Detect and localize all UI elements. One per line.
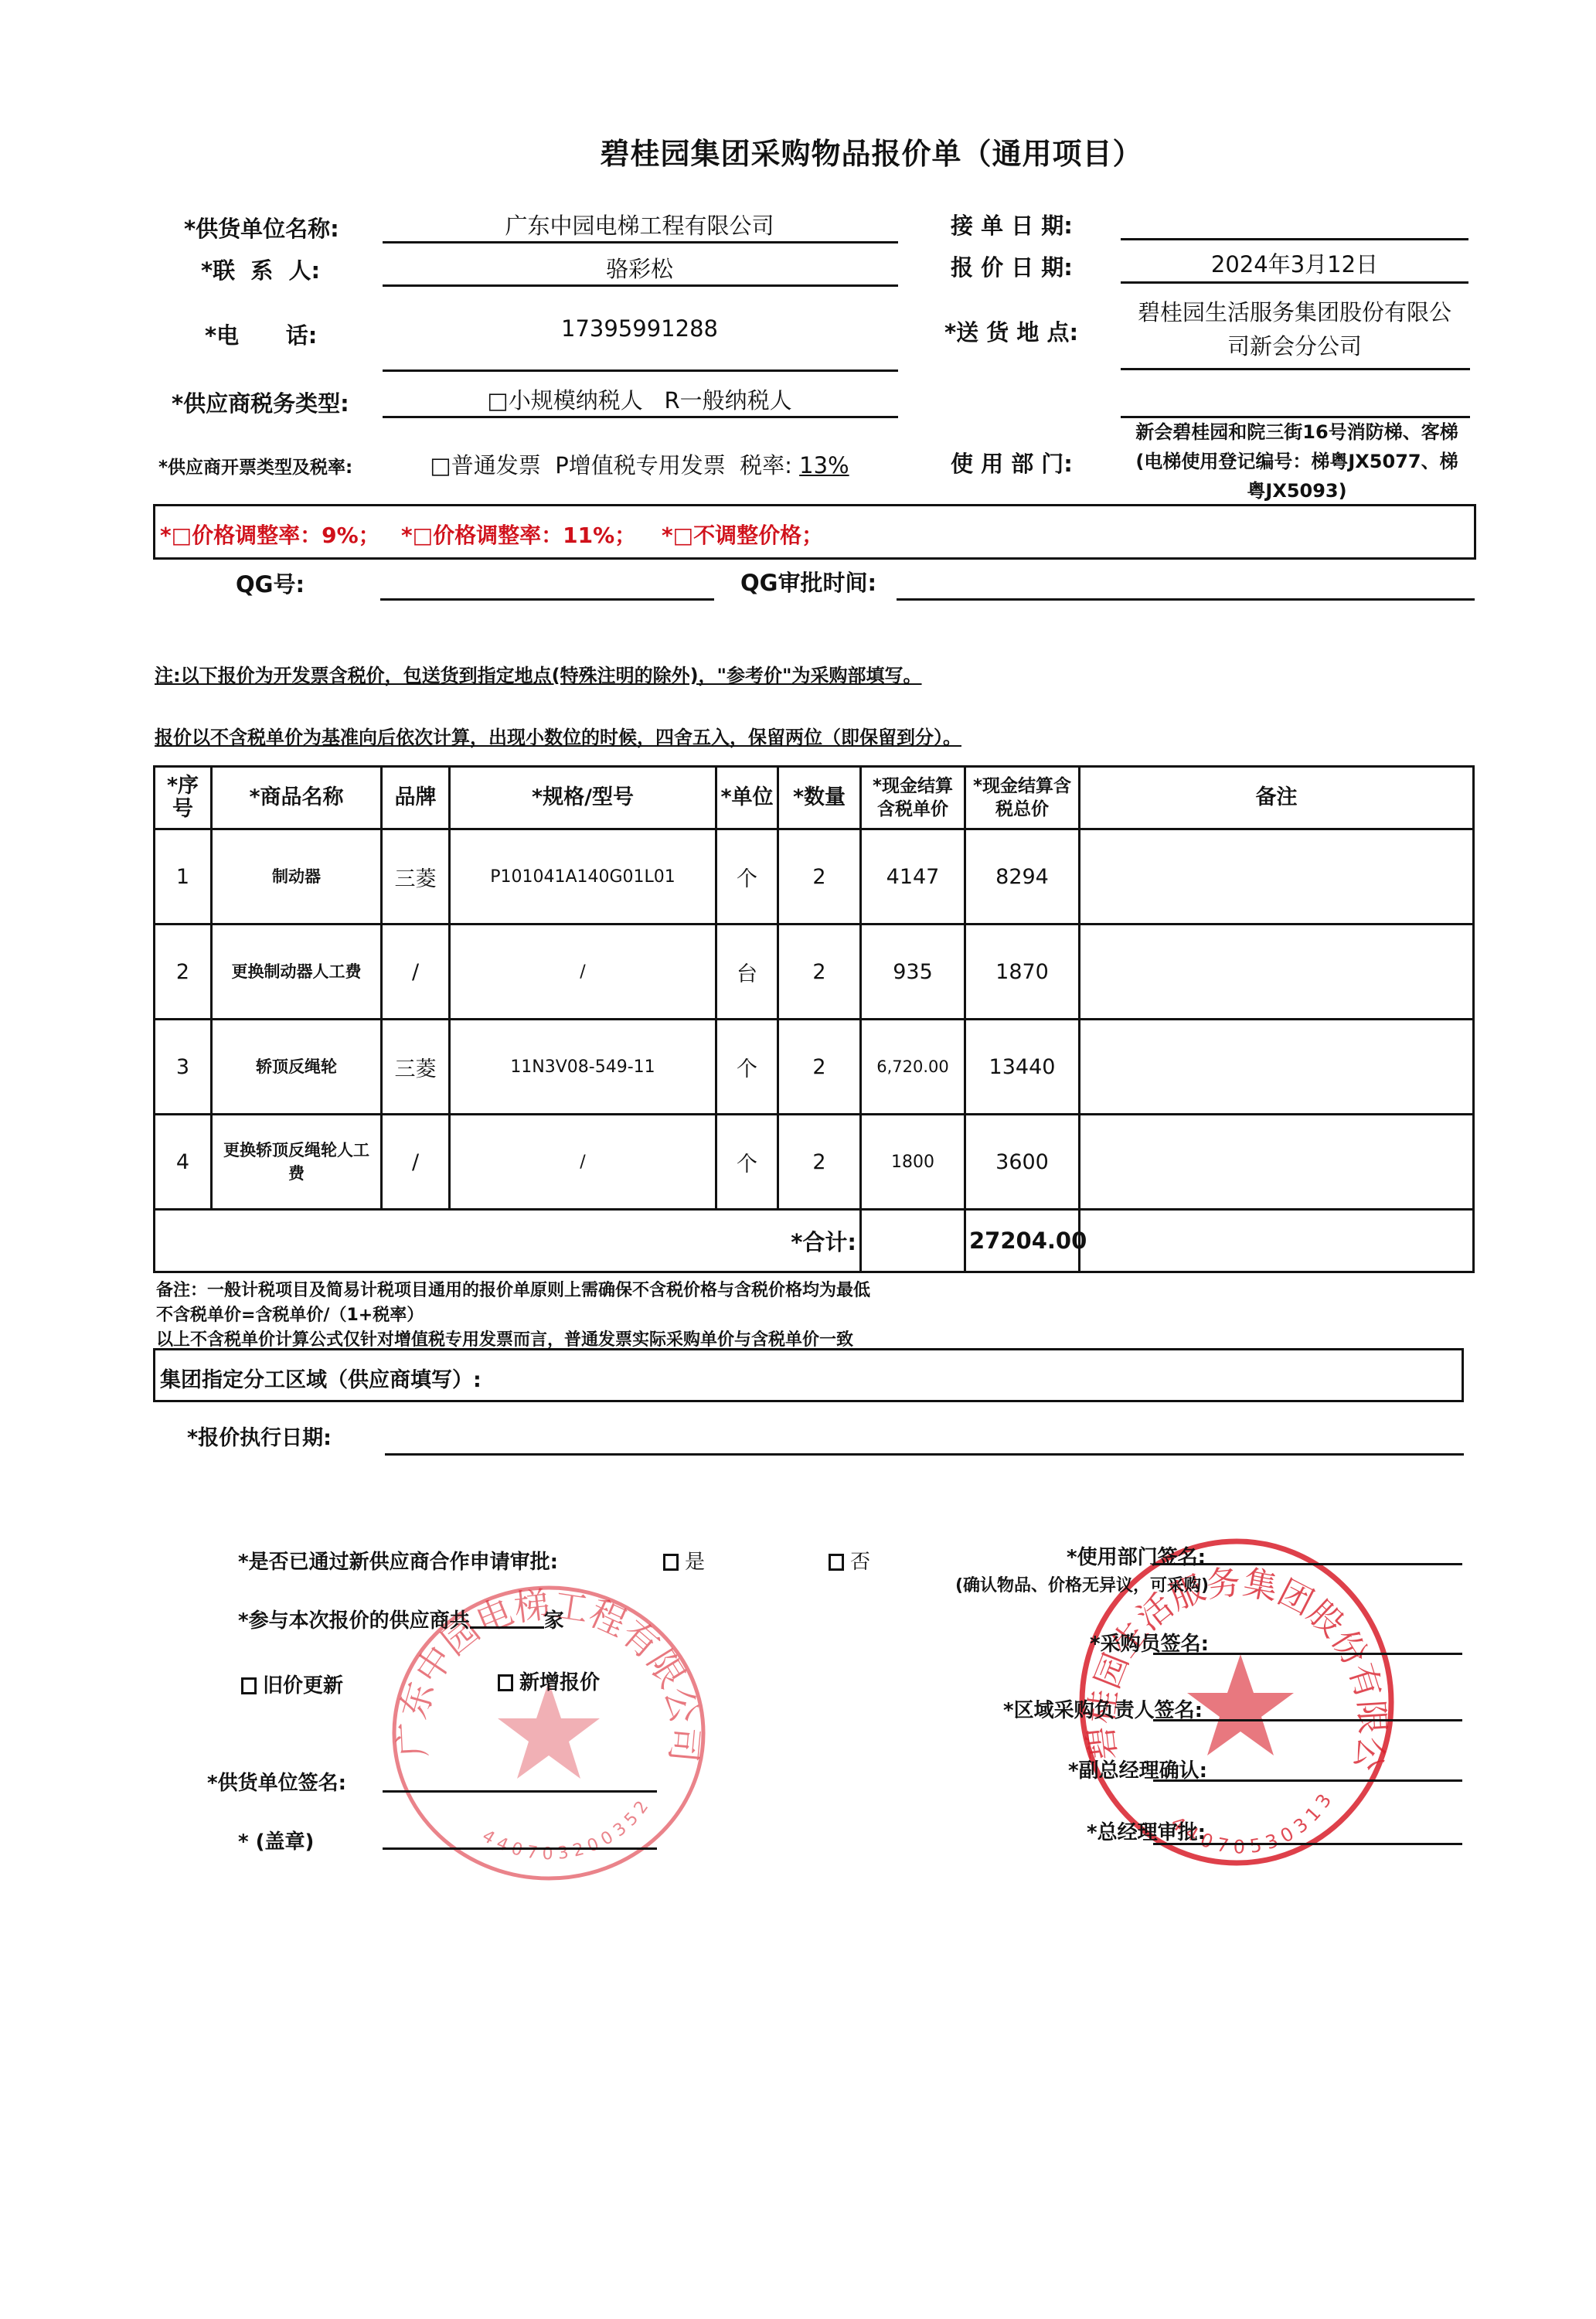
table-header-row: *序号 *商品名称 品牌 *规格/型号 *单位 *数量 *现金结算含税单价 *现… (155, 767, 1474, 829)
new-price-option[interactable]: 新增报价 (498, 1667, 600, 1695)
total-remark-cell[interactable] (1080, 1210, 1474, 1272)
gm-approval-field[interactable] (1153, 1843, 1462, 1845)
total-value: 27204.00 (965, 1210, 1080, 1272)
invoice-type-value[interactable]: □普通发票 P增值税专用发票 税率: 13% (383, 448, 897, 480)
note-line-1: 注:以下报价为开发票含税价，包送货到指定地点(特殊注明的除外)，"参考价"为采购… (155, 660, 922, 687)
approval-no-option[interactable]: 否 (829, 1546, 870, 1575)
cell-brand: 三菱 (382, 829, 450, 925)
phone-value[interactable]: 17395991288 (383, 315, 897, 342)
new-price-label: 新增报价 (519, 1671, 600, 1694)
cell-total: 1870 (965, 925, 1080, 1020)
dept-sign-note: (确认物品、价格无异议，可采购) (955, 1572, 1209, 1596)
no-price-adjust-option[interactable]: *□不调整价格； (662, 519, 823, 550)
no-label: 否 (850, 1551, 870, 1574)
header-remark: 备注 (1080, 767, 1474, 829)
supplier-count-field[interactable] (470, 1608, 544, 1629)
new-price-checkbox[interactable] (498, 1674, 513, 1691)
cell-unit-price: 6,720.00 (861, 1020, 965, 1115)
price-adjust-11-option[interactable]: *□价格调整率：11%； (401, 519, 636, 550)
cell-unit: 个 (716, 1115, 778, 1210)
note-line-2: 报价以不含税单价为基准向后依次计算，出现小数位的时候，四舍五入，保留两位（即保留… (155, 722, 961, 749)
cell-total: 3600 (965, 1115, 1080, 1210)
supplier-name-value[interactable]: 广东中园电梯工程有限公司 (383, 209, 897, 240)
using-department-value[interactable]: 新会碧桂园和院三街16号消防梯、客梯(电梯使用登记编号：梯粤JX5077、梯粤J… (1127, 417, 1467, 506)
total-empty-cell (861, 1210, 965, 1272)
cell-qty: 2 (778, 1115, 861, 1210)
supplier-count-suffix: 家 (544, 1609, 564, 1633)
supplier-sign-label: *供货单位签名: (207, 1767, 346, 1796)
gm-approval-label: *总经理审批: (1087, 1817, 1206, 1845)
cell-name: 轿顶反绳轮 (212, 1020, 382, 1115)
phone-label: *电 话: (205, 318, 317, 350)
dept-sign-label: *使用部门签名: (1067, 1541, 1206, 1570)
header-total-price: *现金结算含税总价 (965, 767, 1080, 829)
cell-no: 3 (155, 1020, 212, 1115)
dept-sign-field[interactable] (1153, 1563, 1462, 1565)
table-row: 2更换制动器人工费//台29351870 (155, 925, 1474, 1020)
qg-number-field[interactable] (380, 598, 714, 601)
qg-approve-time-label: QG审批时间: (740, 566, 876, 598)
cell-remark[interactable] (1080, 925, 1474, 1020)
quote-date-label: 报 价 日 期: (951, 250, 1073, 282)
table-row: 1制动器三菱P101041A140G01L01个241478294 (155, 829, 1474, 925)
total-row: *合计: 27204.00 (155, 1210, 1474, 1272)
buyer-sign-field[interactable] (1153, 1653, 1462, 1655)
cell-total: 8294 (965, 829, 1080, 925)
exec-date-field[interactable] (385, 1453, 1464, 1456)
cell-unit-price: 4147 (861, 829, 965, 925)
vice-gm-field[interactable] (1153, 1779, 1462, 1782)
invoice-type-label: *供应商开票类型及税率: (158, 453, 352, 478)
no-checkbox[interactable] (829, 1554, 844, 1571)
cell-name: 制动器 (212, 829, 382, 925)
cell-unit: 台 (716, 925, 778, 1020)
cell-remark[interactable] (1080, 1020, 1474, 1115)
cell-unit-price: 1800 (861, 1115, 965, 1210)
exec-date-label: *报价执行日期: (187, 1421, 332, 1451)
supplier-sign-field[interactable] (383, 1790, 657, 1793)
seal-field[interactable] (383, 1847, 657, 1850)
supplier-count-label: *参与本次报价的供应商共 (238, 1609, 470, 1633)
quote-date-value[interactable]: 2024年3月12日 (1121, 247, 1468, 279)
contact-label: *联 系 人: (201, 254, 320, 285)
cell-brand: / (382, 1115, 450, 1210)
tax-type-value[interactable]: □小规模纳税人 R一般纳税人 (383, 383, 897, 415)
old-price-label: 旧价更新 (263, 1674, 343, 1698)
using-department-label: 使 用 部 门: (951, 447, 1073, 478)
supplier-name-label: *供货单位名称: (184, 212, 339, 243)
tax-rate-value: 13% (799, 452, 849, 478)
yes-label: 是 (685, 1551, 705, 1574)
remark-line-2: 不含税单价=含税单价/（1+税率） (156, 1302, 424, 1326)
header-name: *商品名称 (212, 767, 382, 829)
remark-line-1: 备注：一般计税项目及简易计税项目通用的报价单原则上需确保不含税价格与含税价格均为… (156, 1277, 870, 1301)
cell-qty: 2 (778, 925, 861, 1020)
old-price-option[interactable]: 旧价更新 (241, 1670, 343, 1698)
cell-brand: 三菱 (382, 1020, 450, 1115)
cell-qty: 2 (778, 1020, 861, 1115)
price-adjust-box: *□价格调整率：9%； *□价格调整率：11%； *□不调整价格； (153, 504, 1476, 560)
cell-brand: / (382, 925, 450, 1020)
receive-date-label: 接 单 日 期: (951, 209, 1073, 240)
header-unit-price: *现金结算含税单价 (861, 767, 965, 829)
cell-no: 1 (155, 829, 212, 925)
table-row: 3轿顶反绳轮三菱11N3V08-549-11个26,720.0013440 (155, 1020, 1474, 1115)
region-buyer-sign-field[interactable] (1153, 1719, 1462, 1721)
cell-total: 13440 (965, 1020, 1080, 1115)
remark-line-3: 以上不含税单价计算公式仅针对增值税专用发票而言，普通发票实际采购单价与含税单价一… (156, 1326, 853, 1350)
cell-model: 11N3V08-549-11 (450, 1020, 716, 1115)
cell-name: 更换制动器人工费 (212, 925, 382, 1020)
cell-remark[interactable] (1080, 1115, 1474, 1210)
cell-model: P101041A140G01L01 (450, 829, 716, 925)
table-row: 4更换轿顶反绳轮人工费//个218003600 (155, 1115, 1474, 1210)
invoice-type-text: □普通发票 P增值税专用发票 税率: (430, 452, 799, 478)
contact-value[interactable]: 骆彩松 (383, 252, 897, 284)
cell-unit-price: 935 (861, 925, 965, 1020)
delivery-location-value[interactable]: 碧桂园生活服务集团股份有限公司新会分公司 (1128, 295, 1461, 363)
document-title: 碧桂园集团采购物品报价单（通用项目） (0, 130, 1596, 172)
cell-model: / (450, 1115, 716, 1210)
approval-yes-option[interactable]: 是 (663, 1546, 705, 1575)
cell-no: 2 (155, 925, 212, 1020)
cell-unit: 个 (716, 1020, 778, 1115)
header-brand: 品牌 (382, 767, 450, 829)
region-label: 集团指定分工区域（供应商填写）: (160, 1363, 482, 1393)
new-supplier-approval-label: *是否已通过新供应商合作申请审批: (238, 1546, 558, 1575)
total-label: *合计: (155, 1210, 861, 1272)
qg-number-label: QG号: (236, 567, 305, 599)
old-price-checkbox[interactable] (241, 1677, 257, 1694)
cell-name: 更换轿顶反绳轮人工费 (212, 1115, 382, 1210)
delivery-location-label: *送 货 地 点: (944, 315, 1078, 347)
supplier-count-row: *参与本次报价的供应商共家 (238, 1605, 564, 1633)
tax-type-label: *供应商税务类型: (172, 386, 349, 418)
cell-no: 4 (155, 1115, 212, 1210)
yes-checkbox[interactable] (663, 1554, 679, 1571)
header-model: *规格/型号 (450, 767, 716, 829)
region-box[interactable]: 集团指定分工区域（供应商填写）: (153, 1348, 1464, 1402)
header-no: *序号 (155, 767, 212, 829)
seal-label: * (盖章) (238, 1826, 314, 1854)
price-adjust-9-option[interactable]: *□价格调整率：9%； (160, 519, 380, 550)
cell-qty: 2 (778, 829, 861, 925)
header-unit: *单位 (716, 767, 778, 829)
cell-unit: 个 (716, 829, 778, 925)
header-qty: *数量 (778, 767, 861, 829)
cell-model: / (450, 925, 716, 1020)
cell-remark[interactable] (1080, 829, 1474, 925)
items-table: *序号 *商品名称 品牌 *规格/型号 *单位 *数量 *现金结算含税单价 *现… (153, 765, 1475, 1273)
qg-approve-time-field[interactable] (897, 598, 1475, 601)
